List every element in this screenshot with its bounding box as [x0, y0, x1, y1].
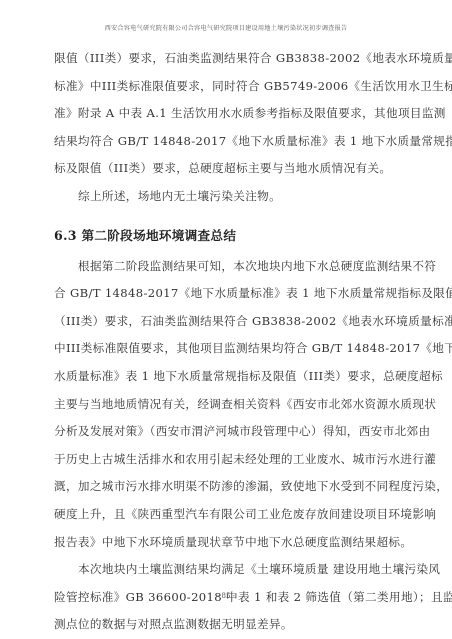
text-line: 水质量标准》表 1 地下水质量常规指标及限值（III类）要求，总硬度超标: [54, 363, 400, 391]
text-line: （III类）要求，石油类监测结果符合 GB3838-2002《地表水环境质量标准…: [54, 308, 400, 336]
text-line: 溉，加之城市污水排水明渠不防渗的渗漏，致使地下水受到不同程度污染，: [54, 473, 400, 501]
page-header: 西安合容电气研究院有限公司合容电气研究院项目建设用地土壤污染状况初步调查报告: [0, 23, 452, 32]
text-line: 报告表》中地下水环境质量现状章节中地下水总硬度监测结果超标。: [54, 529, 400, 557]
text-line: 限值（III类）要求，石油类监测结果符合 GB3838-2002《地表水环境质量: [54, 45, 400, 73]
page-number: - 85 -: [0, 592, 452, 600]
text-line: 根据第二阶段监测结果可知，本次地块内地下水总硬度监测结果不符: [54, 253, 400, 281]
text-line: 主要与当地地质情况有关，经调查相关资料《西安市北郊水资源水质现状: [54, 391, 400, 419]
text-line: 硬度上升，且《陕西重型汽车有限公司工业危废存放间建设项目环境影响: [54, 501, 400, 529]
text-line: 结果均符合 GB/T 14848-2017《地下水质量标准》表 1 地下水质量常…: [54, 128, 400, 156]
text-line: 综上所述，场地内无土壤污染关注物。: [54, 183, 400, 211]
section-heading: 6.3 第二阶段场地环境调查总结: [54, 221, 400, 251]
text-line: 合 GB/T 14848-2017《地下水质量标准》表 1 地下水质量常规指标及…: [54, 280, 400, 308]
text-line: 标准》中III类标准限值要求，同时符合 GB5749-2006《生活饮用水卫生标: [54, 73, 400, 101]
text-line: 标及限值（III类）要求，总硬度超标主要与当地水质情况有关。: [54, 155, 400, 183]
text-line: 中III类标准限值要求，其他项目监测结果均符合 GB/T 14848-2017《…: [54, 335, 400, 363]
text-line: 本次地块内土壤监测结果均满足《土壤环境质量 建设用地土壤污染风: [54, 556, 400, 584]
text-line: 于历史上古城生活排水和农用引起未经处理的工业废水、城市污水进行灌: [54, 446, 400, 474]
text-line: 测点位的数据与对照点监测数据无明显差异。: [54, 611, 400, 639]
text-line: 分析及发展对策》（西安市渭浐河城市段管理中心）得知，西安市北郊由: [54, 418, 400, 446]
text-line: 准》附录 A 中表 A.1 生活饮用水水质参考指标及限值要求，其他项目监测: [54, 100, 400, 128]
document-body: 限值（III类）要求，石油类监测结果符合 GB3838-2002《地表水环境质量…: [54, 45, 400, 639]
paragraph-continued: 限值（III类）要求，石油类监测结果符合 GB3838-2002《地表水环境质量…: [54, 45, 400, 183]
summary-paragraph: 综上所述，场地内无土壤污染关注物。: [54, 183, 400, 211]
paragraph-groundwater: 根据第二阶段监测结果可知，本次地块内地下水总硬度监测结果不符 合 GB/T 14…: [54, 253, 400, 557]
